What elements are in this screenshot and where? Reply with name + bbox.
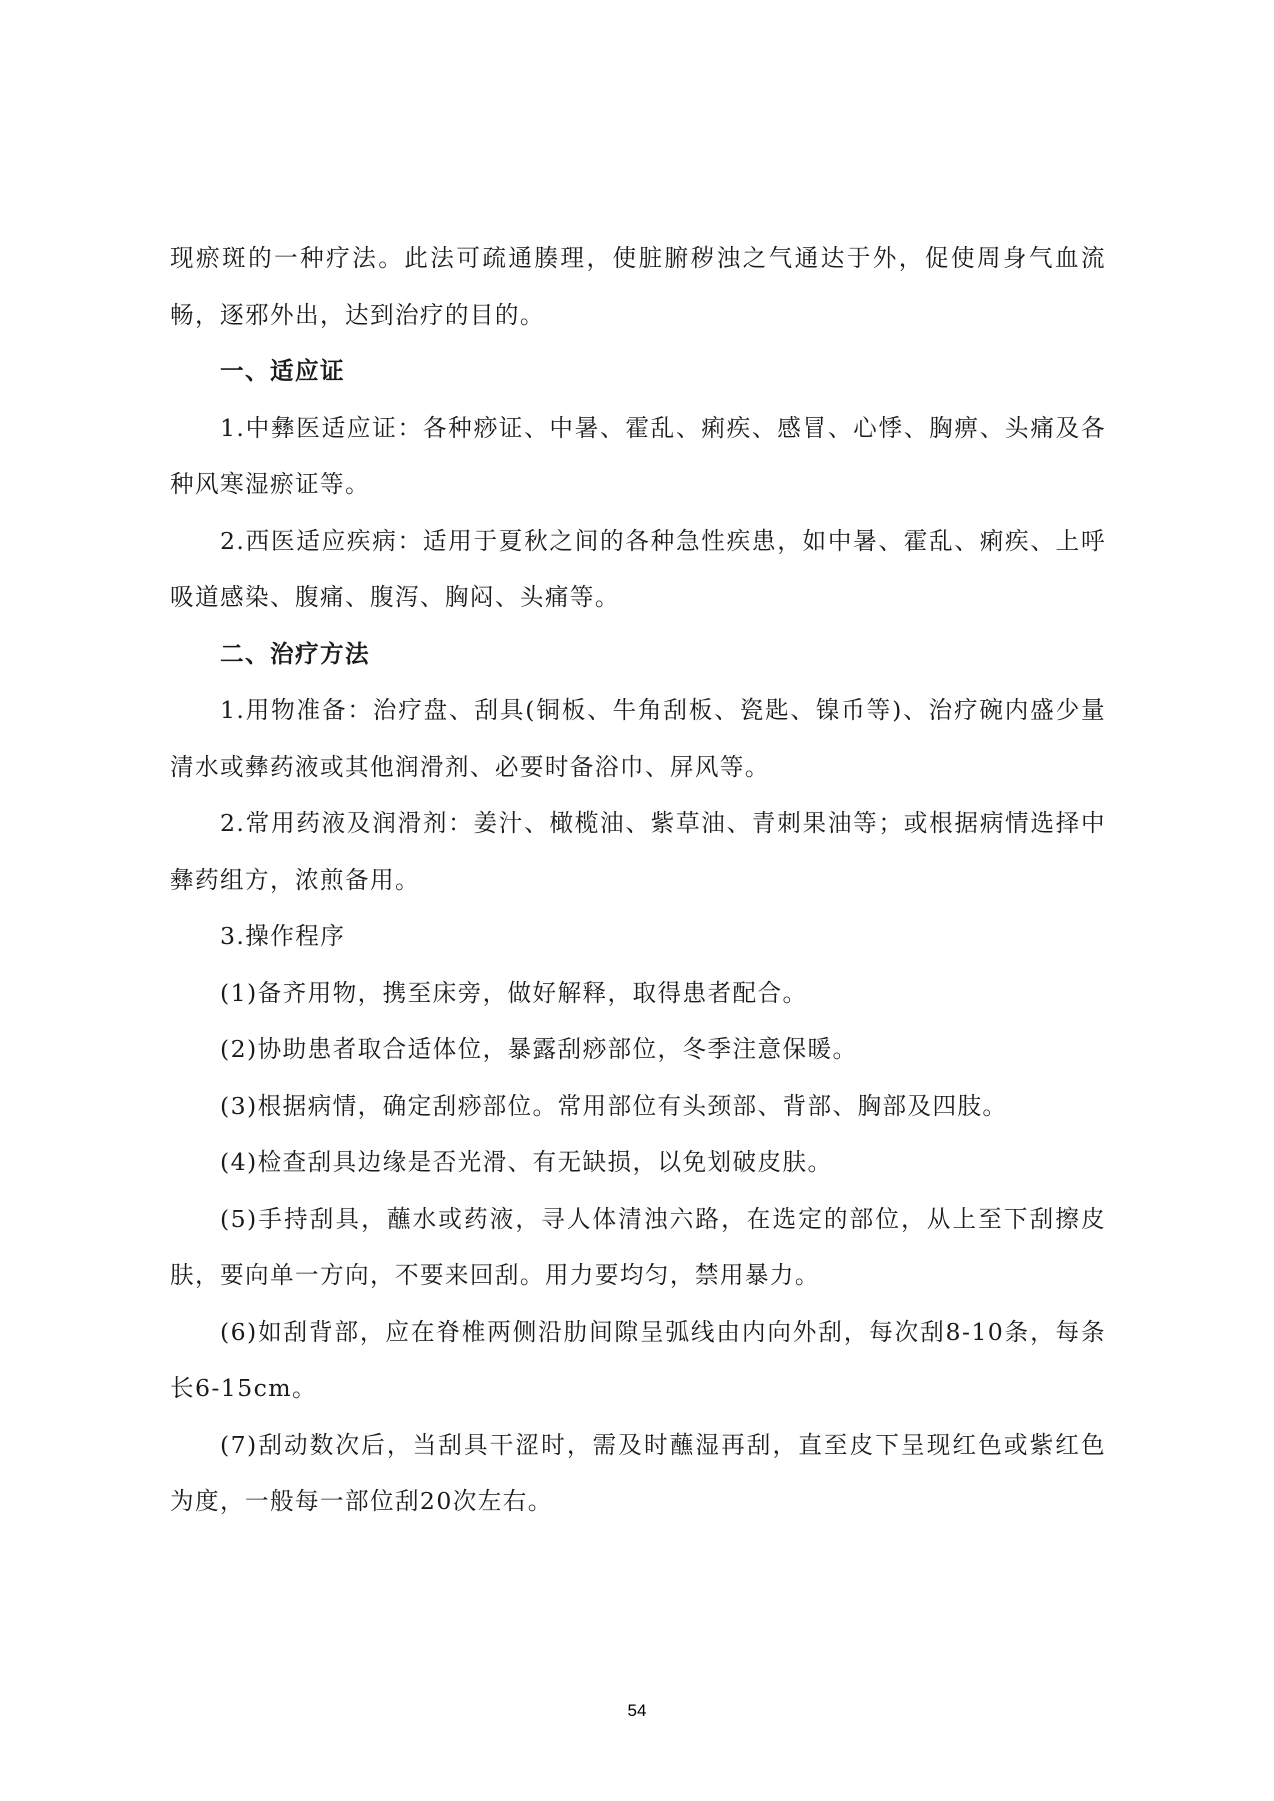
procedure-step-1: (1)备齐用物，携至床旁，做好解释，取得患者配合。 xyxy=(170,965,1106,1022)
page-number: 54 xyxy=(0,1701,1274,1721)
procedure-step-3: (3)根据病情，确定刮痧部位。常用部位有头颈部、背部、胸部及四肢。 xyxy=(170,1078,1106,1135)
paragraph-supplies-preparation: 1.用物准备：治疗盘、刮具(铜板、牛角刮板、瓷匙、镍币等)、治疗碗内盛少量清水或… xyxy=(170,682,1106,795)
procedure-step-6: (6)如刮背部，应在脊椎两侧沿肋间隙呈弧线由内向外刮，每次刮8-10条，每条长6… xyxy=(170,1304,1106,1417)
procedure-step-5: (5)手持刮具，蘸水或药液，寻人体清浊六路，在选定的部位，从上至下刮擦皮肤，要向… xyxy=(170,1191,1106,1304)
paragraph-lubricants: 2.常用药液及润滑剂：姜汁、橄榄油、紫草油、青刺果油等；或根据病情选择中彝药组方… xyxy=(170,795,1106,908)
paragraph-western-medicine-indications: 2.西医适应疾病：适用于夏秋之间的各种急性疾患，如中暑、霍乱、痢疾、上呼吸道感染… xyxy=(170,513,1106,626)
section-heading-treatment-method: 二、治疗方法 xyxy=(170,626,1106,683)
section-heading-indications: 一、适应证 xyxy=(170,343,1106,400)
procedure-step-2: (2)协助患者取合适体位，暴露刮痧部位，冬季注意保暖。 xyxy=(170,1021,1106,1078)
paragraph-yi-medicine-indications: 1.中彝医适应证：各种痧证、中暑、霍乱、痢疾、感冒、心悸、胸痹、头痛及各种风寒湿… xyxy=(170,400,1106,513)
paragraph-procedure-title: 3.操作程序 xyxy=(170,908,1106,965)
procedure-step-7: (7)刮动数次后，当刮具干涩时，需及时蘸湿再刮，直至皮下呈现红色或紫红色为度，一… xyxy=(170,1417,1106,1530)
procedure-step-4: (4)检查刮具边缘是否光滑、有无缺损，以免划破皮肤。 xyxy=(170,1134,1106,1191)
paragraph-continuation: 现瘀斑的一种疗法。此法可疏通腠理，使脏腑秽浊之气通达于外，促使周身气血流畅，逐邪… xyxy=(170,230,1106,343)
document-body: 现瘀斑的一种疗法。此法可疏通腠理，使脏腑秽浊之气通达于外，促使周身气血流畅，逐邪… xyxy=(170,230,1106,1530)
